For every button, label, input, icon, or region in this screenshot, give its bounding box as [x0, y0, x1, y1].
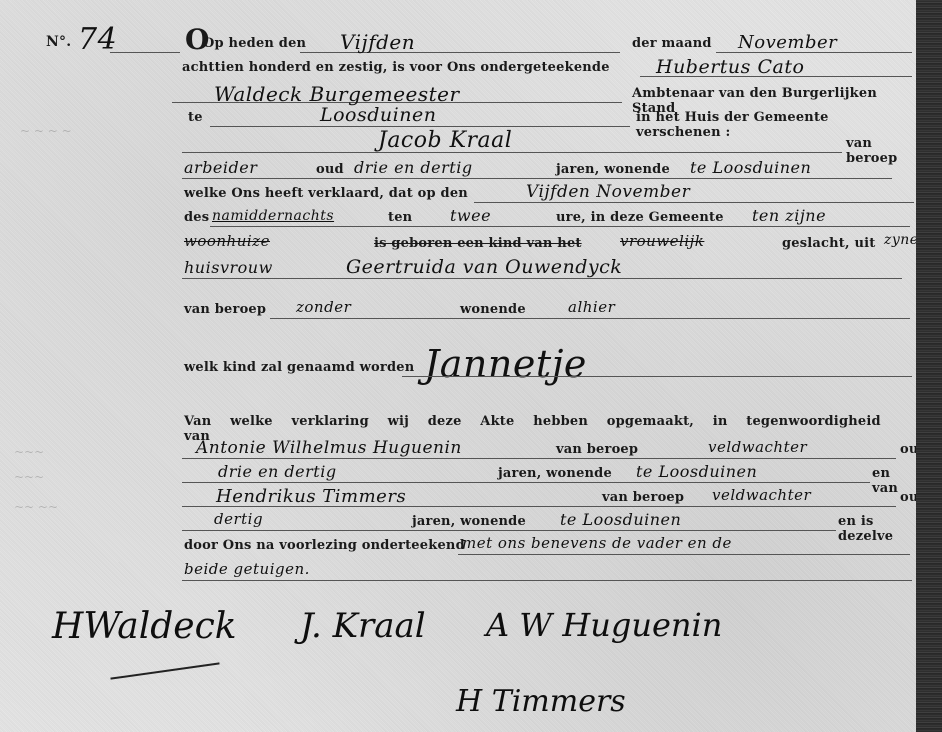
- rule: [182, 506, 896, 507]
- handwritten-witness1-age: drie en dertig: [218, 462, 337, 481]
- handwritten-name: Waldeck Burgemeester: [214, 82, 460, 106]
- printed-text: jaren, wonende: [556, 162, 670, 177]
- handwritten-place: Loosduinen: [320, 104, 436, 126]
- printed-text: ten: [388, 210, 412, 225]
- handwritten-father-name: Jacob Kraal: [378, 128, 512, 153]
- printed-text: ure, in deze Gemeente: [556, 210, 724, 225]
- handwritten-witness1-name: Antonie Wilhelmus Huguenin: [196, 438, 462, 458]
- printed-text: van beroep: [846, 136, 916, 166]
- handwritten-time-of-day: namiddernachts: [212, 208, 334, 224]
- handwritten-month: November: [738, 32, 837, 53]
- signature-registrar: HWaldeck: [52, 606, 237, 647]
- printed-text: jaren, wonende: [498, 466, 612, 481]
- handwritten-occupation: arbeider: [184, 158, 257, 177]
- printed-text: Op heden den: [203, 36, 306, 51]
- handwritten-age: drie en dertig: [354, 158, 473, 177]
- printed-text: is geboren een kind van het: [374, 236, 582, 251]
- bleed-through-text: ~~~: [14, 445, 44, 459]
- handwritten-witness2-age: dertig: [214, 510, 263, 528]
- rule: [210, 226, 910, 227]
- handwritten-witness2-occupation: veldwachter: [712, 486, 811, 504]
- handwritten-witness1-residence: te Loosduinen: [636, 462, 757, 481]
- rule: [182, 178, 892, 179]
- handwritten-location: ten zijne: [752, 206, 826, 225]
- document-page: ~ ~ ~ ~ ~~~ ~~~ ~~ ~~ N°. 74 O Op heden …: [0, 0, 916, 732]
- printed-text: welk kind zal genaamd worden: [184, 360, 414, 375]
- signature-witness2: H Timmers: [456, 684, 626, 719]
- rule: [210, 126, 630, 127]
- bleed-through-text: ~~ ~~: [14, 500, 58, 514]
- handwritten-wife: huisvrouw: [184, 258, 273, 277]
- handwritten-mother-residence: alhier: [568, 298, 615, 316]
- printed-text: der maand: [632, 36, 712, 51]
- printed-text: oud: [316, 162, 344, 177]
- rule: [110, 52, 180, 53]
- printed-text: van beroep: [184, 302, 266, 317]
- printed-text: door Ons na voorlezing onderteekend: [184, 538, 465, 553]
- signature-witness1: A W Huguenin: [486, 606, 722, 644]
- handwritten-birth-date: Vijfden November: [526, 182, 690, 202]
- printed-text: welke Ons heeft verklaard, dat op den: [184, 186, 468, 201]
- record-number-label: N°.: [46, 34, 71, 50]
- printed-text: geslacht, uit: [782, 236, 875, 251]
- handwritten-sex: vrouwelijk: [620, 232, 704, 250]
- bleed-through-text: ~ ~ ~ ~: [20, 124, 72, 138]
- rule: [182, 278, 902, 279]
- handwritten-mother-occupation: zonder: [296, 298, 351, 316]
- rule: [402, 376, 912, 377]
- rule: [474, 202, 914, 203]
- rule: [182, 530, 836, 531]
- handwritten-child-name: Jannetje: [424, 342, 587, 386]
- handwritten-mother-name: Geertruida van Ouwendyck: [346, 256, 622, 278]
- page-binding-edge: [916, 0, 942, 732]
- signature-father: J. Kraal: [300, 606, 426, 646]
- handwritten-witness2-name: Hendrikus Timmers: [216, 486, 406, 507]
- bleed-through-text: ~~~: [14, 470, 44, 484]
- handwritten-signing-note: beide getuigen.: [184, 560, 310, 578]
- rule: [182, 580, 912, 581]
- handwritten-name: Hubertus Cato: [656, 56, 804, 78]
- rule: [182, 482, 870, 483]
- rule: [270, 318, 910, 319]
- printed-text: jaren, wonende: [412, 514, 526, 529]
- printed-text: achttien honderd en zestig, is voor Ons …: [182, 60, 610, 75]
- handwritten-hour: twee: [450, 206, 491, 225]
- handwritten-day: Vijfden: [340, 30, 415, 54]
- printed-text: en is dezelve: [838, 514, 916, 544]
- printed-text: te: [188, 110, 203, 125]
- handwritten-witness2-residence: te Loosduinen: [560, 510, 681, 529]
- handwritten-his: zyne: [884, 232, 919, 248]
- printed-text: des: [184, 210, 209, 225]
- printed-text: van beroep: [556, 442, 638, 457]
- printed-text: van beroep: [602, 490, 684, 505]
- signature-flourish: [110, 662, 219, 679]
- rule: [182, 458, 896, 459]
- handwritten-residence: te Loosduinen: [690, 158, 811, 177]
- handwritten-location: woonhuize: [184, 232, 270, 250]
- printed-text: wonende: [460, 302, 526, 317]
- handwritten-witness1-occupation: veldwachter: [708, 438, 807, 456]
- rule: [458, 554, 910, 555]
- handwritten-signing-note: met ons benevens de vader en de: [462, 534, 732, 552]
